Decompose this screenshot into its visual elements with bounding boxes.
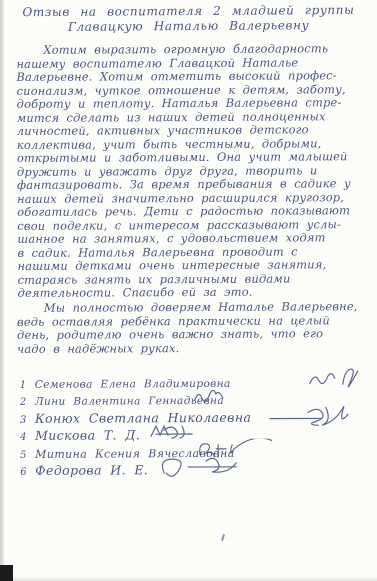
signature-row: 6Федорова И. Е. [20, 458, 373, 477]
signature-scribble [158, 455, 238, 481]
scan-edge-strip [0, 0, 4, 581]
text-line: Хотим выразить огромную благодарность [16, 42, 370, 57]
text-line: нашими детками очень интересные занятия, [17, 258, 371, 273]
title-line-1: Отзыв на воспитателя 2 младшей группы [0, 3, 377, 21]
ink-speck [221, 534, 225, 541]
letter-paragraph-1: Хотим выразить огромную благодарность на… [16, 42, 371, 300]
text-line: шанное на занятиях, с удовольствием ходя… [17, 231, 371, 246]
letter-paragraph-2: Мы полностью доверяем Наталье Валерьевне… [17, 300, 371, 356]
scanned-letter-page: Отзыв на воспитателя 2 младшей группы Гл… [0, 0, 377, 581]
text-line: деятельности. Спасибо ей за это. [18, 285, 372, 300]
signature-name: Федорова И. Е. [35, 462, 148, 478]
signature-list: 1Семенова Елена Владимировна 2Лини Вален… [20, 371, 374, 477]
text-line: открытыми и заботливыми. Она учит малыше… [17, 150, 371, 165]
title-line-2: Главацкую Наталью Валерьевну [0, 18, 377, 36]
signature-number: 6 [20, 467, 35, 478]
letter-title: Отзыв на воспитателя 2 младшей группы Гл… [0, 3, 377, 36]
signature-scribble [192, 386, 226, 404]
text-line: мится сделать из наших детей полноценных [17, 110, 371, 125]
scan-bottom-shadow [0, 576, 377, 581]
signature-scribble [148, 421, 198, 441]
signature-scribble [308, 368, 360, 390]
signature-name: Мискова Т. Д. [35, 427, 140, 443]
text-line: день, родителю очень важно знать, что ег… [17, 327, 371, 342]
text-line: чадо в надёжных руках. [17, 341, 371, 356]
scan-corner-artifact [0, 565, 13, 581]
